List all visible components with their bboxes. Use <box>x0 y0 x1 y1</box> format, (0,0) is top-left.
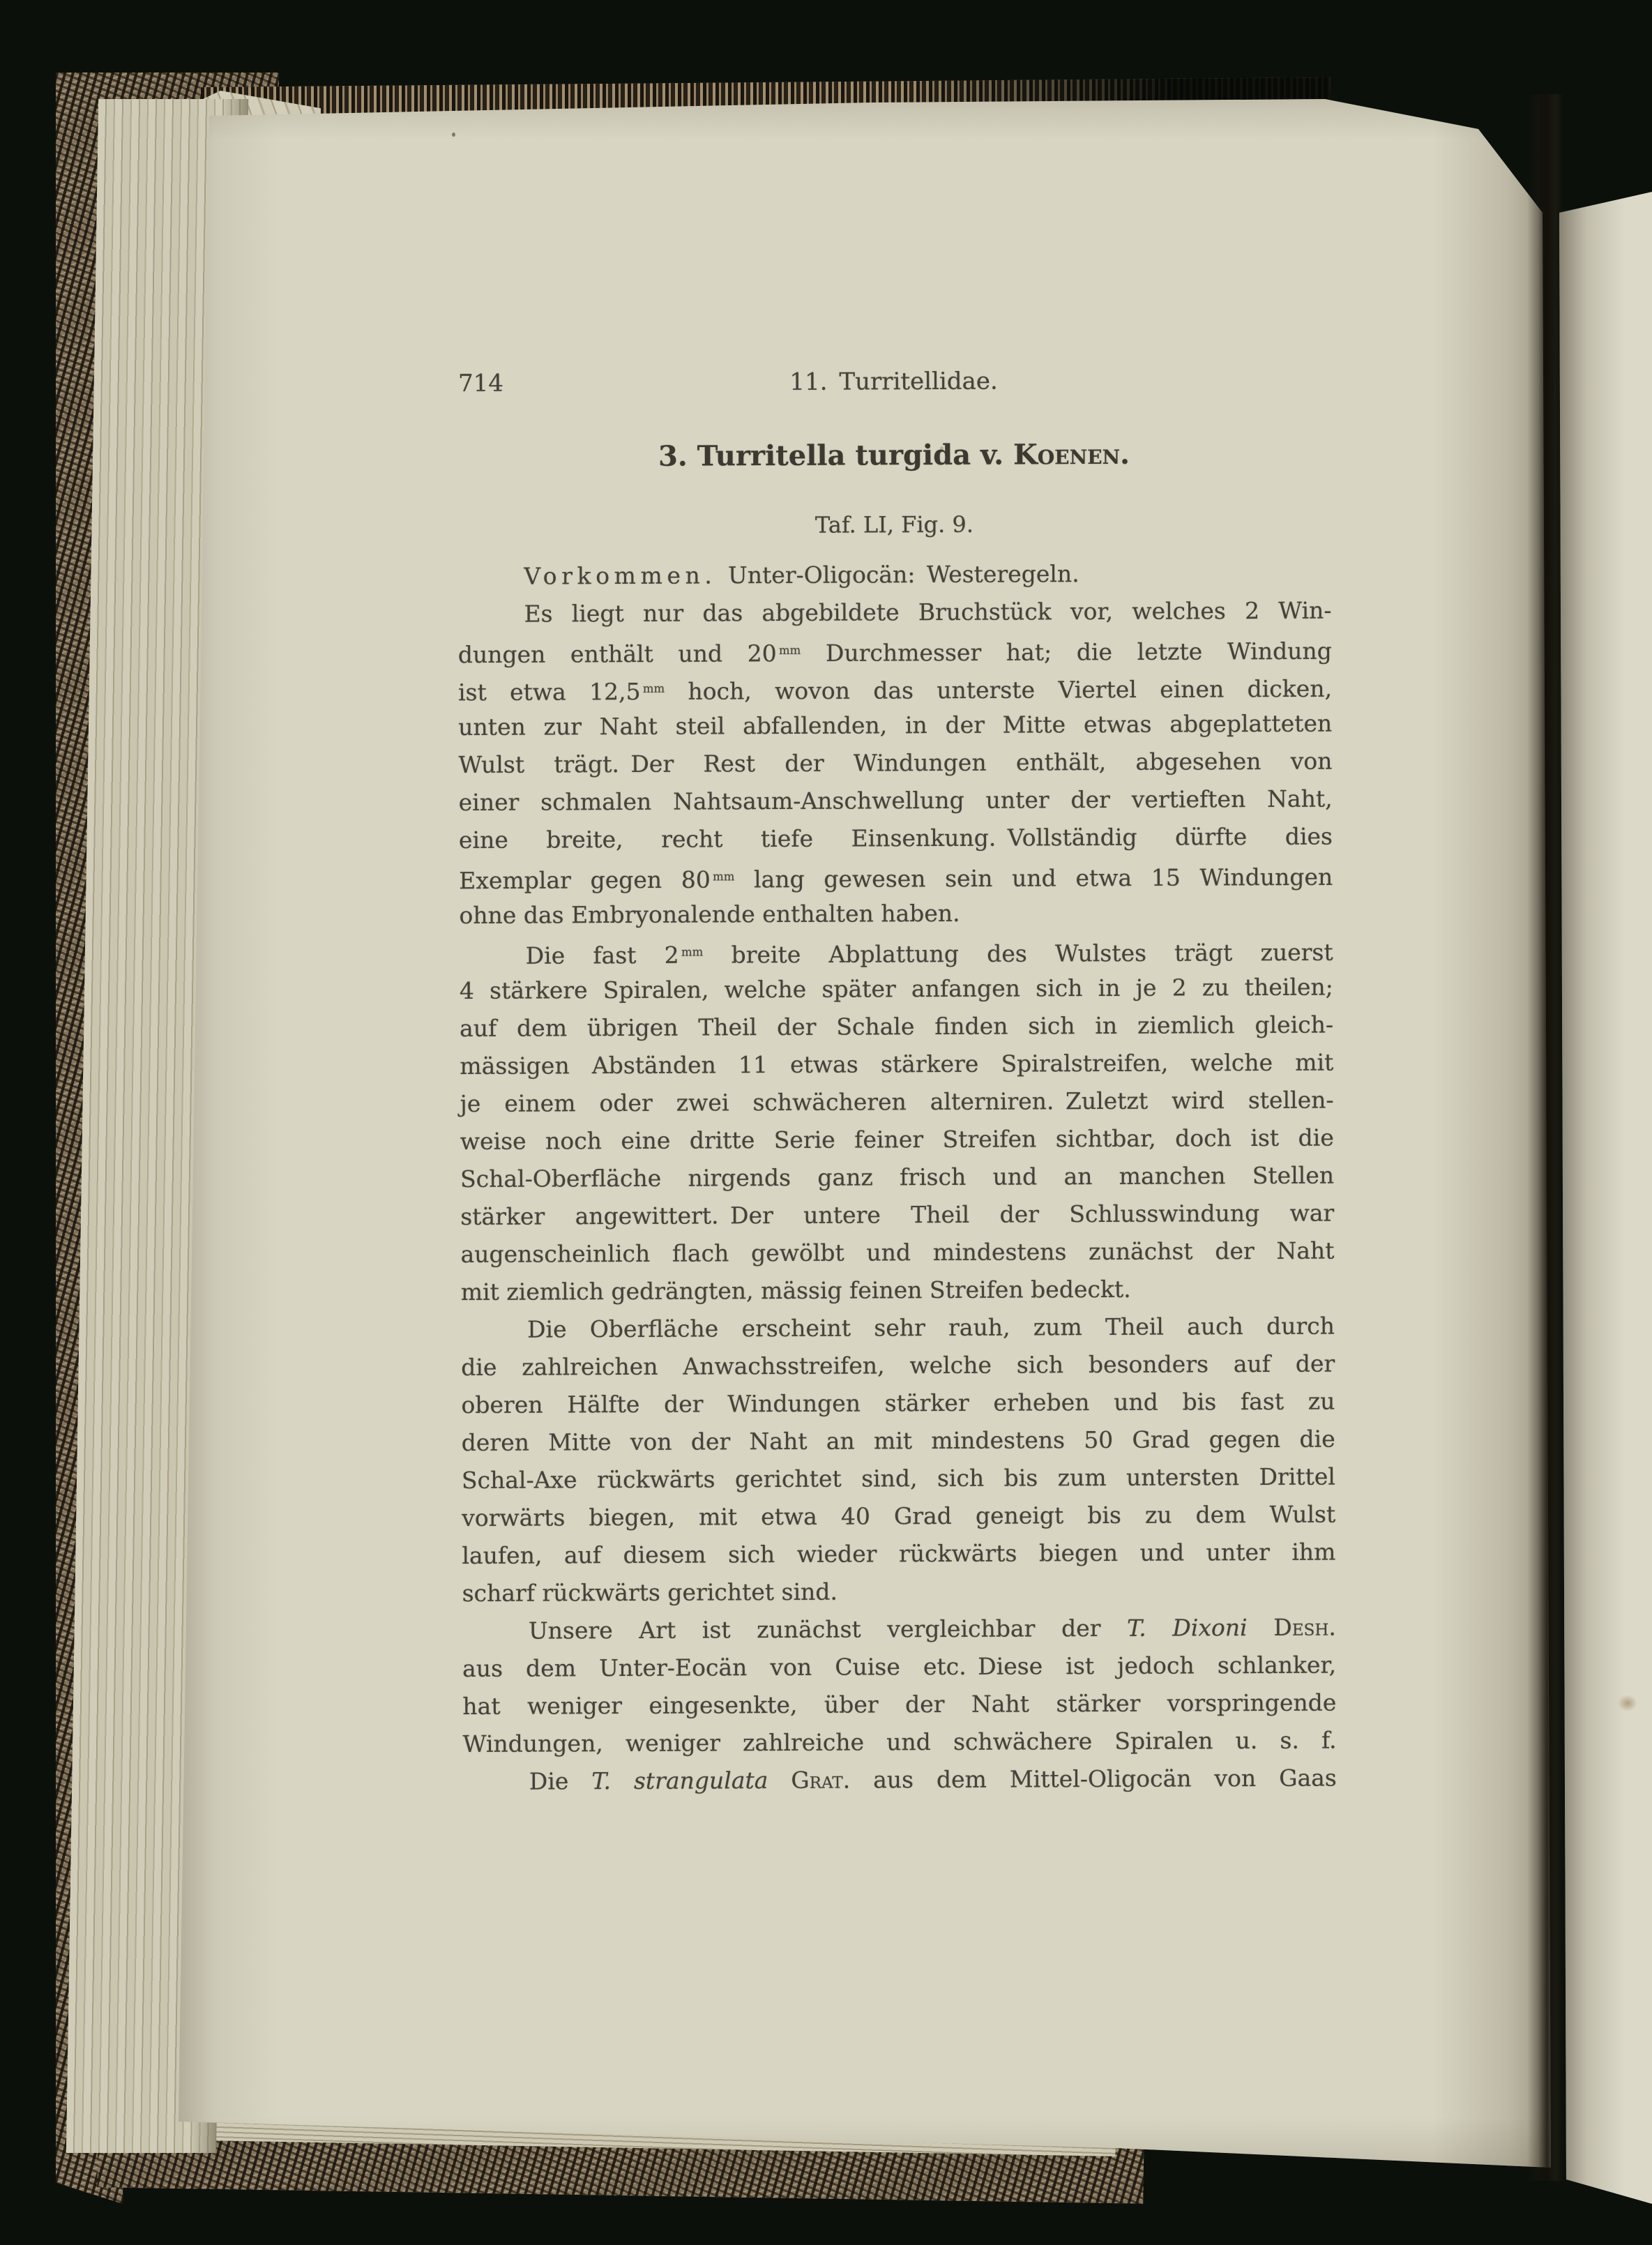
text-segment: Unter-Oligocän: Westeregeln. <box>716 560 1079 589</box>
text-segment: Durchmesser hat; die letzte Windung <box>801 637 1332 667</box>
text-line: 4 stärkere Spiralen, welche später anfan… <box>460 969 1333 1010</box>
text-segment: oberen Hälfte der Windungen stärker erhe… <box>461 1388 1335 1419</box>
running-title: 11. Turritellidae. <box>457 365 1331 399</box>
facing-page-sliver <box>1559 192 1652 2204</box>
text-line: Exemplar gegen 80 mm lang gewesen sein u… <box>459 856 1333 897</box>
paragraph: Vorkommen. Unter-Oligocän: Westeregeln. <box>457 554 1331 596</box>
text-segment: stärker angewittert. Der untere Theil de… <box>460 1200 1334 1230</box>
text-segment: je einem oder zwei schwächeren alternire… <box>460 1087 1334 1117</box>
text-segment: scharf rückwärts gerichtet sind. <box>462 1578 838 1607</box>
text-segment: auf dem übrigen Theil der Schale finden … <box>460 1011 1333 1042</box>
text-segment: eine breite, recht tiefe Einsenkung. Vol… <box>459 823 1333 854</box>
text-segment: dungen enthält und 20 <box>458 640 777 668</box>
text-line: Schal-Oberfläche nirgends ganz frisch un… <box>460 1157 1334 1198</box>
text-segment: mm <box>679 945 704 958</box>
text-segment <box>1248 1614 1274 1641</box>
text-segment: T. Dixoni <box>1127 1614 1248 1642</box>
text-line: Die T. strangulata Grat. aus dem Mittel-… <box>463 1760 1337 1801</box>
page-header: 714 11. Turritellidae. <box>457 365 1331 406</box>
text-segment: die zahlreichen Anwachsstreifen, welche … <box>461 1350 1335 1381</box>
text-segment: Vorkommen. <box>524 561 716 589</box>
text-line: eine breite, recht tiefe Einsenkung. Vol… <box>459 818 1333 859</box>
text-segment: lang gewesen sein und etwa 15 Windungen <box>734 863 1333 893</box>
scanned-book-photo: { "page": { "background_color": "#0c100b… <box>0 0 1652 2245</box>
text-segment: Windungen, weniger zahlreiche und schwäc… <box>463 1727 1337 1758</box>
text-line: je einem oder zwei schwächeren alternire… <box>460 1082 1333 1123</box>
text-line: mit ziemlich gedrängten, mässig feinen S… <box>461 1270 1335 1311</box>
text-line: auf dem übrigen Theil der Schale finden … <box>460 1006 1333 1048</box>
figure-reference: Taf. LI, Fig. 9. <box>457 508 1331 542</box>
text-segment: Grat. <box>791 1767 850 1794</box>
text-line: Es liegt nur das abgebildete Bruchstück … <box>457 592 1331 633</box>
paper-speck <box>452 133 455 137</box>
text-line: einer schmalen Nahtsaum-Anschwellung unt… <box>459 780 1333 822</box>
text-segment: aus dem Unter-Eocän von Cuise etc. Diese… <box>462 1651 1336 1682</box>
text-line: augenscheinlich flach gewölbt und mindes… <box>460 1232 1334 1273</box>
text-segment: Die Oberfläche erscheint sehr rauh, zum … <box>527 1313 1335 1343</box>
text-segment: mit ziemlich gedrängten, mässig feinen S… <box>461 1276 1131 1306</box>
species-heading: 3. Turritella turgida v. Koenen. <box>457 436 1331 476</box>
text-segment: augenscheinlich flach gewölbt und mindes… <box>460 1237 1334 1268</box>
text-line: stärker angewittert. Der untere Theil de… <box>460 1195 1334 1236</box>
text-segment: 3. Turritella turgida <box>658 439 980 473</box>
text-segment: mässigen Abständen 11 etwas stärkere Spi… <box>460 1049 1333 1080</box>
paragraph: Die fast 2 mm breite Abplattung des Wuls… <box>460 931 1335 1311</box>
paragraph: Die Oberfläche erscheint sehr rauh, zum … <box>461 1308 1336 1612</box>
text-segment: hat weniger eingesenkte, über der Naht s… <box>462 1689 1336 1720</box>
page-number: 714 <box>458 368 503 399</box>
text-segment: laufen, auf diesem sich wieder rückwärts… <box>462 1539 1335 1569</box>
text-segment: vorwärts biegen, mit etwa 40 Grad geneig… <box>462 1501 1335 1532</box>
text-line: deren Mitte von der Naht an mit mindeste… <box>462 1421 1335 1462</box>
text-line: scharf rückwärts gerichtet sind. <box>462 1571 1336 1612</box>
text-segment <box>768 1767 791 1794</box>
text-segment: ohne das Embryonalende enthalten haben. <box>459 900 960 929</box>
text-segment: Die <box>529 1767 592 1794</box>
paragraph: Es liegt nur das abgebildete Bruchstück … <box>457 592 1333 935</box>
text-line: laufen, auf diesem sich wieder rückwärts… <box>462 1534 1335 1575</box>
text-segment: ist etwa 12,5 <box>458 678 641 706</box>
text-line: unten zur Naht steil abfallenden, in der… <box>458 705 1332 746</box>
text-segment: breite Abplattung des Wulstes trägt zuer… <box>703 939 1333 969</box>
text-segment: mm <box>777 644 801 657</box>
text-line: vorwärts biegen, mit etwa 40 Grad geneig… <box>462 1496 1335 1537</box>
text-segment: Es liegt nur das abgebildete Bruchstück … <box>524 597 1331 628</box>
text-line: die zahlreichen Anwachsstreifen, welche … <box>461 1345 1335 1386</box>
text-segment: Unsere Art ist zunächst vergleichbar der <box>529 1615 1127 1645</box>
text-segment: Desh. <box>1273 1614 1336 1641</box>
text-segment: mm <box>641 682 665 695</box>
text-line: Vorkommen. Unter-Oligocän: Westeregeln. <box>457 554 1331 596</box>
text-line: aus dem Unter-Eocän von Cuise etc. Diese… <box>462 1647 1336 1688</box>
paper-stain <box>1618 1695 1637 1711</box>
book-gutter-shadow <box>1527 94 1563 2181</box>
paragraph: Unsere Art ist zunächst vergleichbar der… <box>462 1609 1337 1763</box>
text-line: oberen Hälfte der Windungen stärker erhe… <box>461 1383 1335 1424</box>
text-line: hat weniger eingesenkte, über der Naht s… <box>462 1684 1336 1725</box>
text-segment: Die fast 2 <box>526 942 679 969</box>
text-segment: einer schmalen Nahtsaum-Anschwellung unt… <box>459 785 1333 816</box>
text-segment: 4 stärkere Spiralen, welche später anfan… <box>460 974 1333 1004</box>
text-segment: Koenen. <box>1013 438 1130 471</box>
text-line: Die Oberfläche erscheint sehr rauh, zum … <box>461 1308 1335 1349</box>
text-body: Vorkommen. Unter-Oligocän: Westeregeln.E… <box>457 554 1337 1801</box>
text-line: mässigen Abständen 11 etwas stärkere Spi… <box>460 1044 1333 1085</box>
text-segment: Schal-Axe rückwärts gerichtet sind, sich… <box>462 1463 1335 1494</box>
text-segment: deren Mitte von der Naht an mit mindeste… <box>462 1426 1335 1456</box>
text-line: Wulst trägt. Der Rest der Windungen enth… <box>458 743 1332 784</box>
text-line: Unsere Art ist zunächst vergleichbar der… <box>462 1609 1336 1650</box>
paragraph: Die T. strangulata Grat. aus dem Mittel-… <box>463 1760 1337 1801</box>
text-segment: Exemplar gegen 80 <box>459 866 711 895</box>
text-line: weise noch eine dritte Serie feiner Stre… <box>460 1119 1334 1161</box>
text-line: ist etwa 12,5 mm hoch, wovon das unterst… <box>458 667 1332 709</box>
text-line: Schal-Axe rückwärts gerichtet sind, sich… <box>462 1458 1335 1499</box>
text-segment: Wulst trägt. Der Rest der Windungen enth… <box>458 748 1332 778</box>
text-segment: Schal-Oberfläche nirgends ganz frisch un… <box>460 1162 1334 1193</box>
text-segment: hoch, wovon das unterste Viertel einen d… <box>665 675 1332 705</box>
page-text: 714 11. Turritellidae. 3. Turritella tur… <box>457 365 1337 1801</box>
text-segment: T. strangulata <box>591 1767 768 1794</box>
text-line: ohne das Embryonalende enthalten haben. <box>459 893 1333 935</box>
text-segment: v. <box>980 439 1013 471</box>
text-line: Windungen, weniger zahlreiche und schwäc… <box>462 1722 1336 1763</box>
text-segment: mm <box>711 870 735 883</box>
text-line: dungen enthält und 20 mm Durchmesser hat… <box>458 630 1332 671</box>
text-segment: unten zur Naht steil abfallenden, in der… <box>458 710 1332 741</box>
text-segment: weise noch eine dritte Serie feiner Stre… <box>460 1124 1334 1155</box>
text-line: Die fast 2 mm breite Abplattung des Wuls… <box>460 931 1333 972</box>
text-segment: aus dem Mittel-Oligocän von Gaas <box>850 1764 1337 1794</box>
